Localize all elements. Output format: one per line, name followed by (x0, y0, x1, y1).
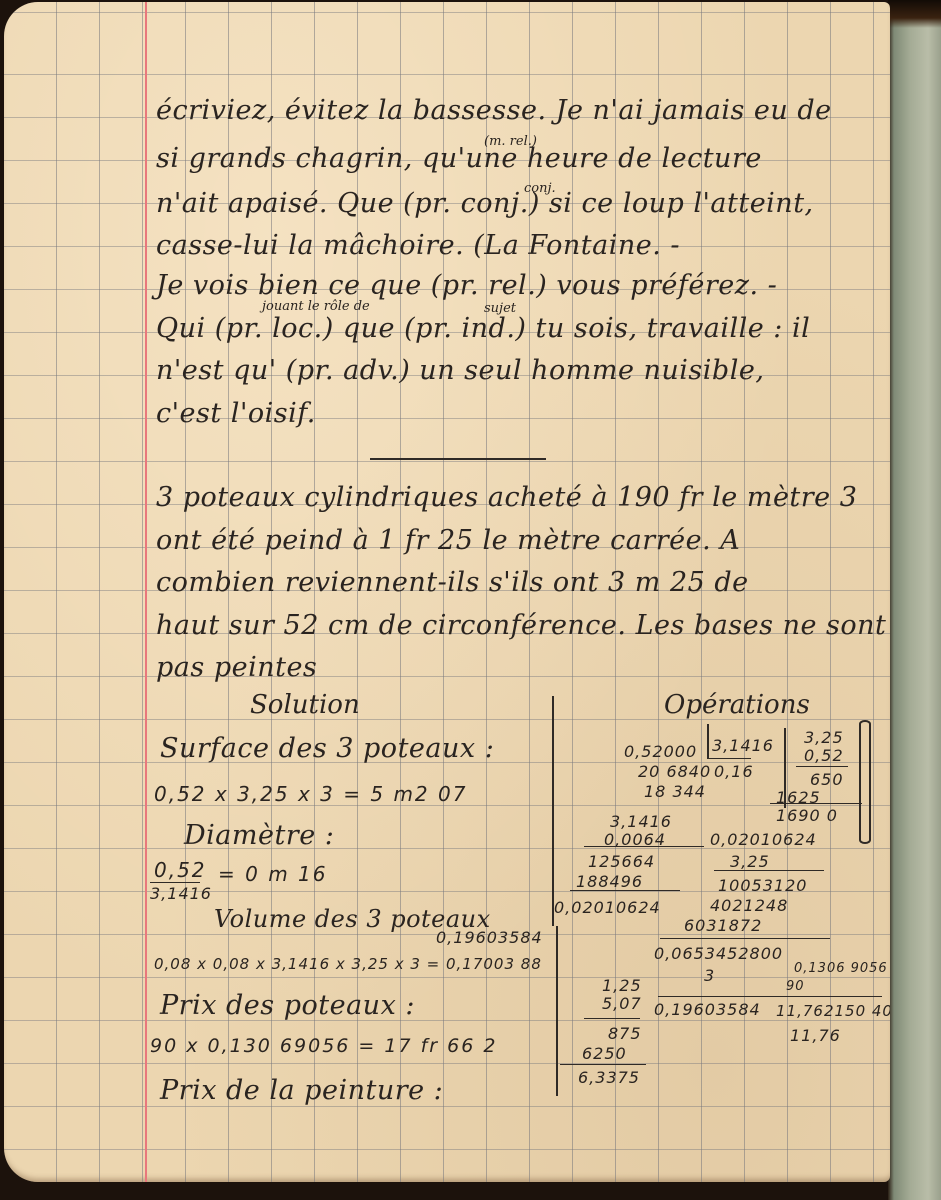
price-poles-calc: 90 x 0,130 69056 = 17 fr 66 2 (150, 1037, 497, 1056)
mult-325b-b: 3,25 (730, 854, 770, 870)
division-remainder-1: 20 6840 (638, 764, 711, 780)
grammar-line-1: écriviez, évitez la bassesse. Je n'ai ja… (156, 97, 832, 124)
fraction-bar (150, 882, 200, 883)
mult-325b-line (714, 870, 824, 871)
cylinder-sketch (859, 720, 871, 844)
surface-calc: 0,52 x 3,25 x 3 = 5 m2 07 (154, 784, 467, 804)
mult-325-line (796, 766, 848, 767)
mult-90-result: 11,762150 40 (776, 1004, 890, 1019)
division-divisor: 3,1416 (712, 738, 774, 754)
diameter-numerator: 0,52 (154, 860, 207, 880)
mult-325b-partial1: 10053120 (718, 878, 807, 894)
mult-325-partial1: 650 (810, 772, 844, 788)
diameter-result: = 0 m 16 (218, 864, 328, 884)
solution-heading: Solution (250, 692, 360, 718)
mult-325-b: 0,52 (804, 748, 844, 764)
mult-325b-partial3: 6031872 (684, 918, 762, 934)
mult-90-line (772, 996, 882, 997)
notebook-page: écriviez, évitez la bassesse. Je n'ai ja… (4, 2, 890, 1182)
grammar-line-6: Qui (pr. loc.) que (pr. ind.) tu sois, t… (156, 315, 810, 342)
mult-3-result: 0,19603584 (654, 1002, 761, 1018)
mult-90-rounded: 11,76 (790, 1028, 841, 1044)
grammar-line-3: n'ait apaisé. Que (pr. conj.) si ce loup… (156, 190, 814, 217)
division-bar (707, 724, 709, 758)
mult-90-b: 90 (786, 980, 805, 993)
volume-calc: 0,08 x 0,08 x 3,1416 x 3,25 x 3 = 0,1700… (154, 957, 542, 972)
mult-325-a: 3,25 (804, 730, 844, 746)
mult-pi-a: 3,1416 (610, 814, 672, 830)
division-remainder-2: 18 344 (644, 784, 706, 800)
mult-325b-result: 0,0653452800 (654, 946, 783, 962)
diameter-denominator: 3,1416 (150, 886, 212, 902)
diameter-label: Diamètre : (184, 822, 334, 849)
paint-line2 (560, 1064, 646, 1065)
division-quotient: 0,16 (714, 764, 754, 780)
mult-90-a: 0,1306 9056 (794, 962, 888, 975)
grammar-line-4: casse-lui la mâchoire. (La Fontaine. - (156, 232, 680, 259)
mult-3-line (658, 996, 778, 997)
paint-partial2: 6250 (582, 1046, 627, 1062)
volume-correction: 0,19603584 (436, 930, 543, 946)
operations-heading: Opérations (664, 692, 810, 718)
grammar-line-8: c'est l'oisif. (156, 400, 316, 427)
division-dividend: 0,52000 (624, 744, 697, 760)
mult-325-line2 (770, 803, 862, 804)
paint-a: 1,25 (602, 978, 642, 994)
problem-line-4: haut sur 52 cm de circonférence. Les bas… (156, 612, 886, 639)
column-divider-lower (556, 926, 558, 1096)
surface-label: Surface des 3 poteaux : (160, 735, 494, 762)
grammar-line-7: n'est qu' (pr. adv.) un seul homme nuisi… (156, 357, 764, 384)
annotation-jouant-role: jouant le rôle de (262, 300, 370, 313)
problem-line-1: 3 poteaux cylindriques acheté à 190 fr l… (156, 484, 857, 511)
section-divider (370, 458, 546, 460)
red-margin-line (145, 2, 147, 1182)
binding-shadow (888, 0, 941, 28)
price-paint-label: Prix de la peinture : (160, 1077, 443, 1104)
paint-result: 6,3375 (578, 1070, 640, 1086)
paint-line (584, 1018, 640, 1019)
notebook-binding (888, 0, 941, 1200)
mult-325-result: 1690 0 (776, 808, 838, 824)
mult-pi-partial2: 188496 (576, 874, 643, 890)
problem-line-2: ont été peind à 1 fr 25 le mètre carrée.… (156, 527, 740, 554)
mult-pi-partial1: 125664 (588, 854, 655, 870)
mult-3-b: 3 (704, 968, 715, 984)
mult-325b-a: 0,02010624 (710, 832, 817, 848)
problem-line-5: pas peintes (156, 654, 317, 681)
grammar-line-5: Je vois bien ce que (pr. rel.) vous préf… (156, 272, 777, 299)
column-divider-upper (552, 696, 554, 926)
mult-pi-line (584, 846, 704, 847)
price-poles-label: Prix des poteaux : (160, 992, 415, 1019)
division-bar-h (707, 758, 751, 759)
paint-b: 5,07 (602, 996, 642, 1012)
mult-325b-line2 (660, 938, 830, 939)
grammar-line-2: si grands chagrin, qu'une heure de lectu… (156, 145, 762, 172)
problem-line-3: combien reviennent-ils s'ils ont 3 m 25 … (156, 569, 749, 596)
mult-325b-partial2: 4021248 (710, 898, 788, 914)
paint-partial1: 875 (608, 1026, 642, 1042)
mult-pi-result: 0,02010624 (554, 900, 661, 916)
mult-pi-line2 (570, 890, 680, 891)
